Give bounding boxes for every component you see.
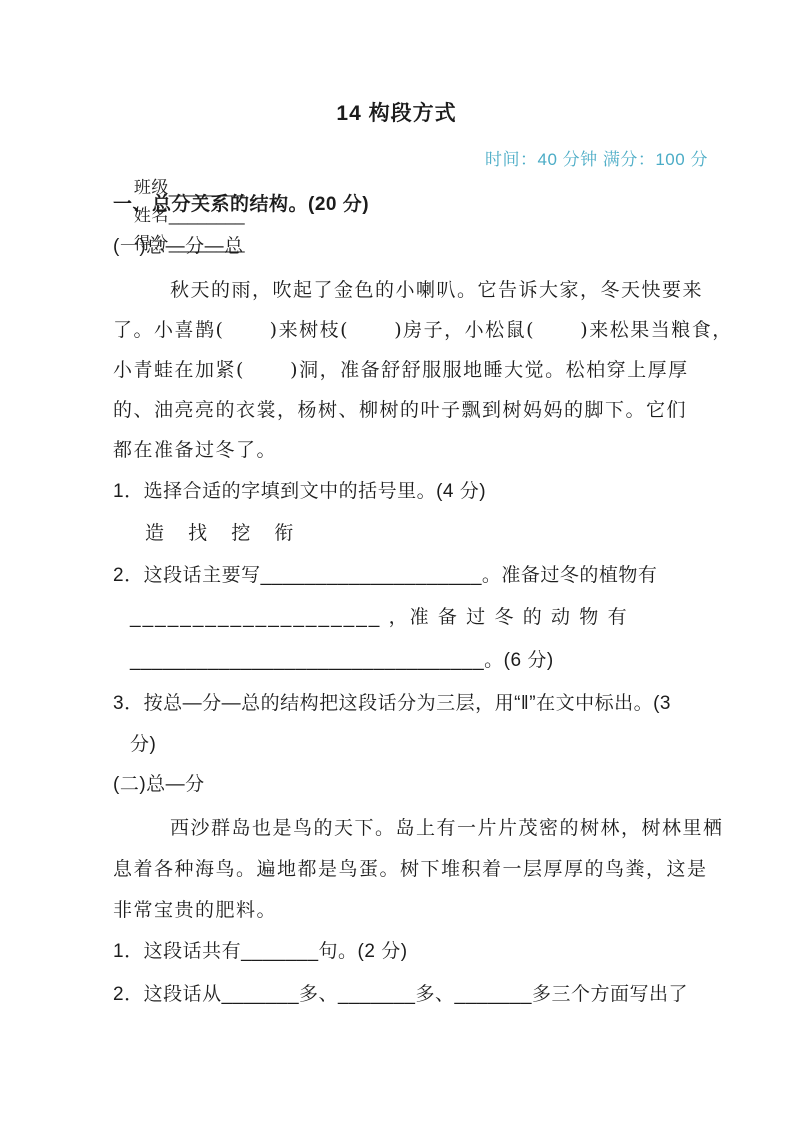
- section-heading: 一、总分关系的结构。(20 分): [113, 191, 369, 219]
- passage2-line: 非常宝贵的肥料。: [113, 896, 277, 924]
- part1-question3-line: 3．按总—分—总的结构把这段话分为三层，用“‖”在文中标出。(3: [113, 690, 671, 718]
- passage1-line: 了。小喜鹊( )来树枝( )房子，小松鼠( )来松果当粮食，: [113, 316, 733, 344]
- part2-subheading: (二)总—分: [113, 771, 205, 799]
- worksheet-page: 14 构段方式 班级________ 姓名________ 得分________…: [0, 0, 793, 1122]
- part1-question2-line: ____________________ ，准 备 过 冬 的 动 物 有: [130, 604, 629, 632]
- time-score-note: 时间：40 分钟 满分：100 分: [485, 146, 708, 174]
- passage1-line: 秋天的雨，吹起了金色的小喇叭。它告诉大家，冬天快要来: [170, 276, 703, 304]
- passage1-line: 都在准备过冬了。: [113, 436, 277, 464]
- part1-question1: 1．选择合适的字填到文中的括号里。(4 分): [113, 478, 486, 506]
- part1-question2-line: ________________________________。(6 分): [130, 647, 554, 675]
- passage2-line: 息着各种海鸟。遍地都是鸟蛋。树下堆积着一层厚厚的鸟粪，这是: [113, 855, 708, 883]
- passage1-line: 的、油亮亮的衣裳，杨树、柳树的叶子飘到树妈妈的脚下。它们: [113, 396, 687, 424]
- part1-question2-line: 2．这段话主要写____________________。准备过冬的植物有: [113, 562, 657, 590]
- part1-question1-choices: 造 找 挖 衔: [145, 519, 295, 547]
- part1-question3-line: 分): [130, 731, 156, 759]
- part2-question1: 1．这段话共有_______句。(2 分): [113, 938, 408, 966]
- part1-subheading: (一)总—分—总: [113, 233, 244, 261]
- page-title: 14 构段方式: [0, 97, 793, 127]
- part2-question2: 2．这段话从_______多、_______多、_______多三个方面写出了: [113, 981, 688, 1009]
- passage2-line: 西沙群岛也是鸟的天下。岛上有一片片茂密的树林，树林里栖: [170, 814, 724, 842]
- passage1-line: 小青蛙在加紧( )洞，准备舒舒服服地睡大觉。松柏穿上厚厚: [113, 356, 689, 384]
